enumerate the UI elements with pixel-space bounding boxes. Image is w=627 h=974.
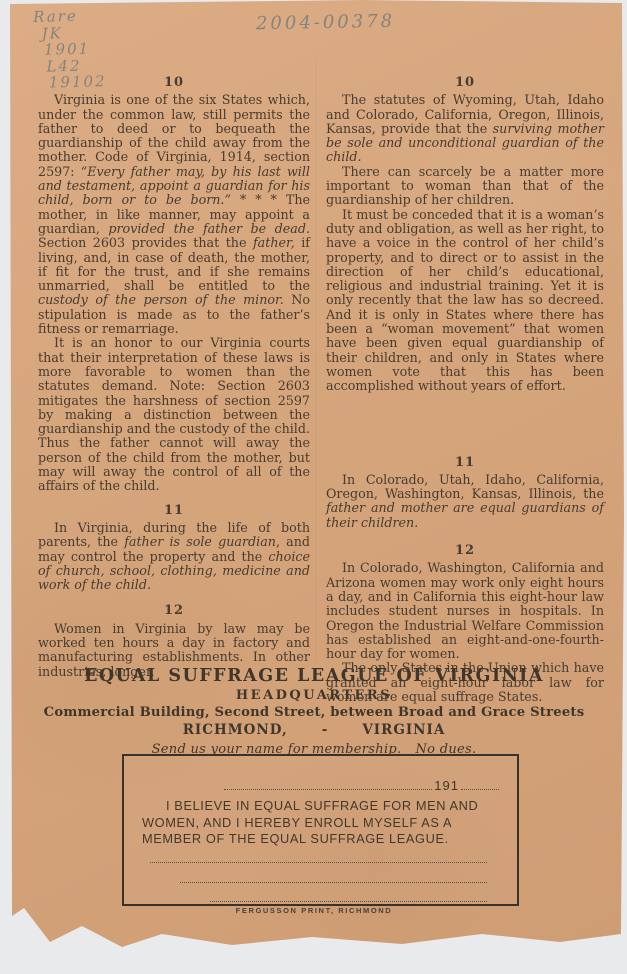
pledge-text: I BELIEVE IN EQUAL SUFFRAGE FOR MEN AND … bbox=[142, 798, 500, 848]
call-number-line: Rare bbox=[33, 7, 105, 25]
right-column: 10 The statutes of Wyoming, Utah, Idaho … bbox=[326, 76, 604, 704]
printer-credit: FERGUSSON PRINT, RICHMOND bbox=[4, 906, 624, 915]
scan-background: Rare JK 1901 L42 19102 2004-00378 10 Vir… bbox=[0, 0, 627, 974]
date-blank-tail bbox=[461, 789, 499, 790]
section-number: 11 bbox=[326, 456, 604, 470]
body-paragraph: It is an honor to our Virginia courts th… bbox=[38, 336, 310, 493]
signature-line bbox=[180, 882, 487, 883]
call-number-line: 1901 bbox=[44, 40, 106, 58]
organization-name: EQUAL SUFFRAGE LEAGUE OF VIRGINIA bbox=[4, 666, 624, 686]
section-number: 12 bbox=[38, 604, 310, 618]
center-fold-crease bbox=[316, 60, 318, 660]
body-paragraph: Virginia is one of the six States which,… bbox=[38, 93, 310, 336]
pencil-accession-number: 2004-00378 bbox=[256, 11, 396, 34]
leaflet-page: Rare JK 1901 L42 19102 2004-00378 10 Vir… bbox=[4, 0, 624, 956]
date-line: 191 bbox=[224, 778, 499, 793]
enrollment-coupon: 191 I BELIEVE IN EQUAL SUFFRAGE FOR MEN … bbox=[122, 754, 519, 906]
signature-line bbox=[210, 901, 487, 902]
city: RICHMOND, bbox=[183, 722, 288, 738]
date-blank-line bbox=[224, 789, 432, 790]
section-number: 10 bbox=[326, 76, 604, 90]
section-number: 12 bbox=[326, 544, 604, 558]
body-paragraph: In Colorado, Utah, Idaho, California, Or… bbox=[326, 473, 604, 530]
body-paragraph: In Colorado, Washington, California and … bbox=[326, 561, 604, 661]
headquarters-label: HEADQUARTERS bbox=[4, 688, 624, 703]
year-prefix: 191 bbox=[432, 778, 461, 793]
address-line: Commercial Building, Second Street, betw… bbox=[4, 705, 624, 720]
body-paragraph: The statutes of Wyoming, Utah, Idaho and… bbox=[326, 93, 604, 164]
section-number: 10 bbox=[38, 76, 310, 90]
body-paragraph: It must be conceded that it is a woman’s… bbox=[326, 208, 604, 394]
organization-block: EQUAL SUFFRAGE LEAGUE OF VIRGINIA HEADQU… bbox=[4, 666, 624, 757]
state: VIRGINIA bbox=[362, 722, 445, 738]
body-paragraph: In Virginia, during the life of both par… bbox=[38, 521, 310, 592]
signature-line bbox=[150, 862, 487, 863]
section-number: 11 bbox=[38, 504, 310, 518]
separator-dash: - bbox=[322, 722, 329, 738]
left-column: 10 Virginia is one of the six States whi… bbox=[38, 76, 310, 679]
body-paragraph: There can scarcely be a matter more impo… bbox=[326, 165, 604, 208]
city-state-line: RICHMOND,-VIRGINIA bbox=[4, 722, 624, 738]
